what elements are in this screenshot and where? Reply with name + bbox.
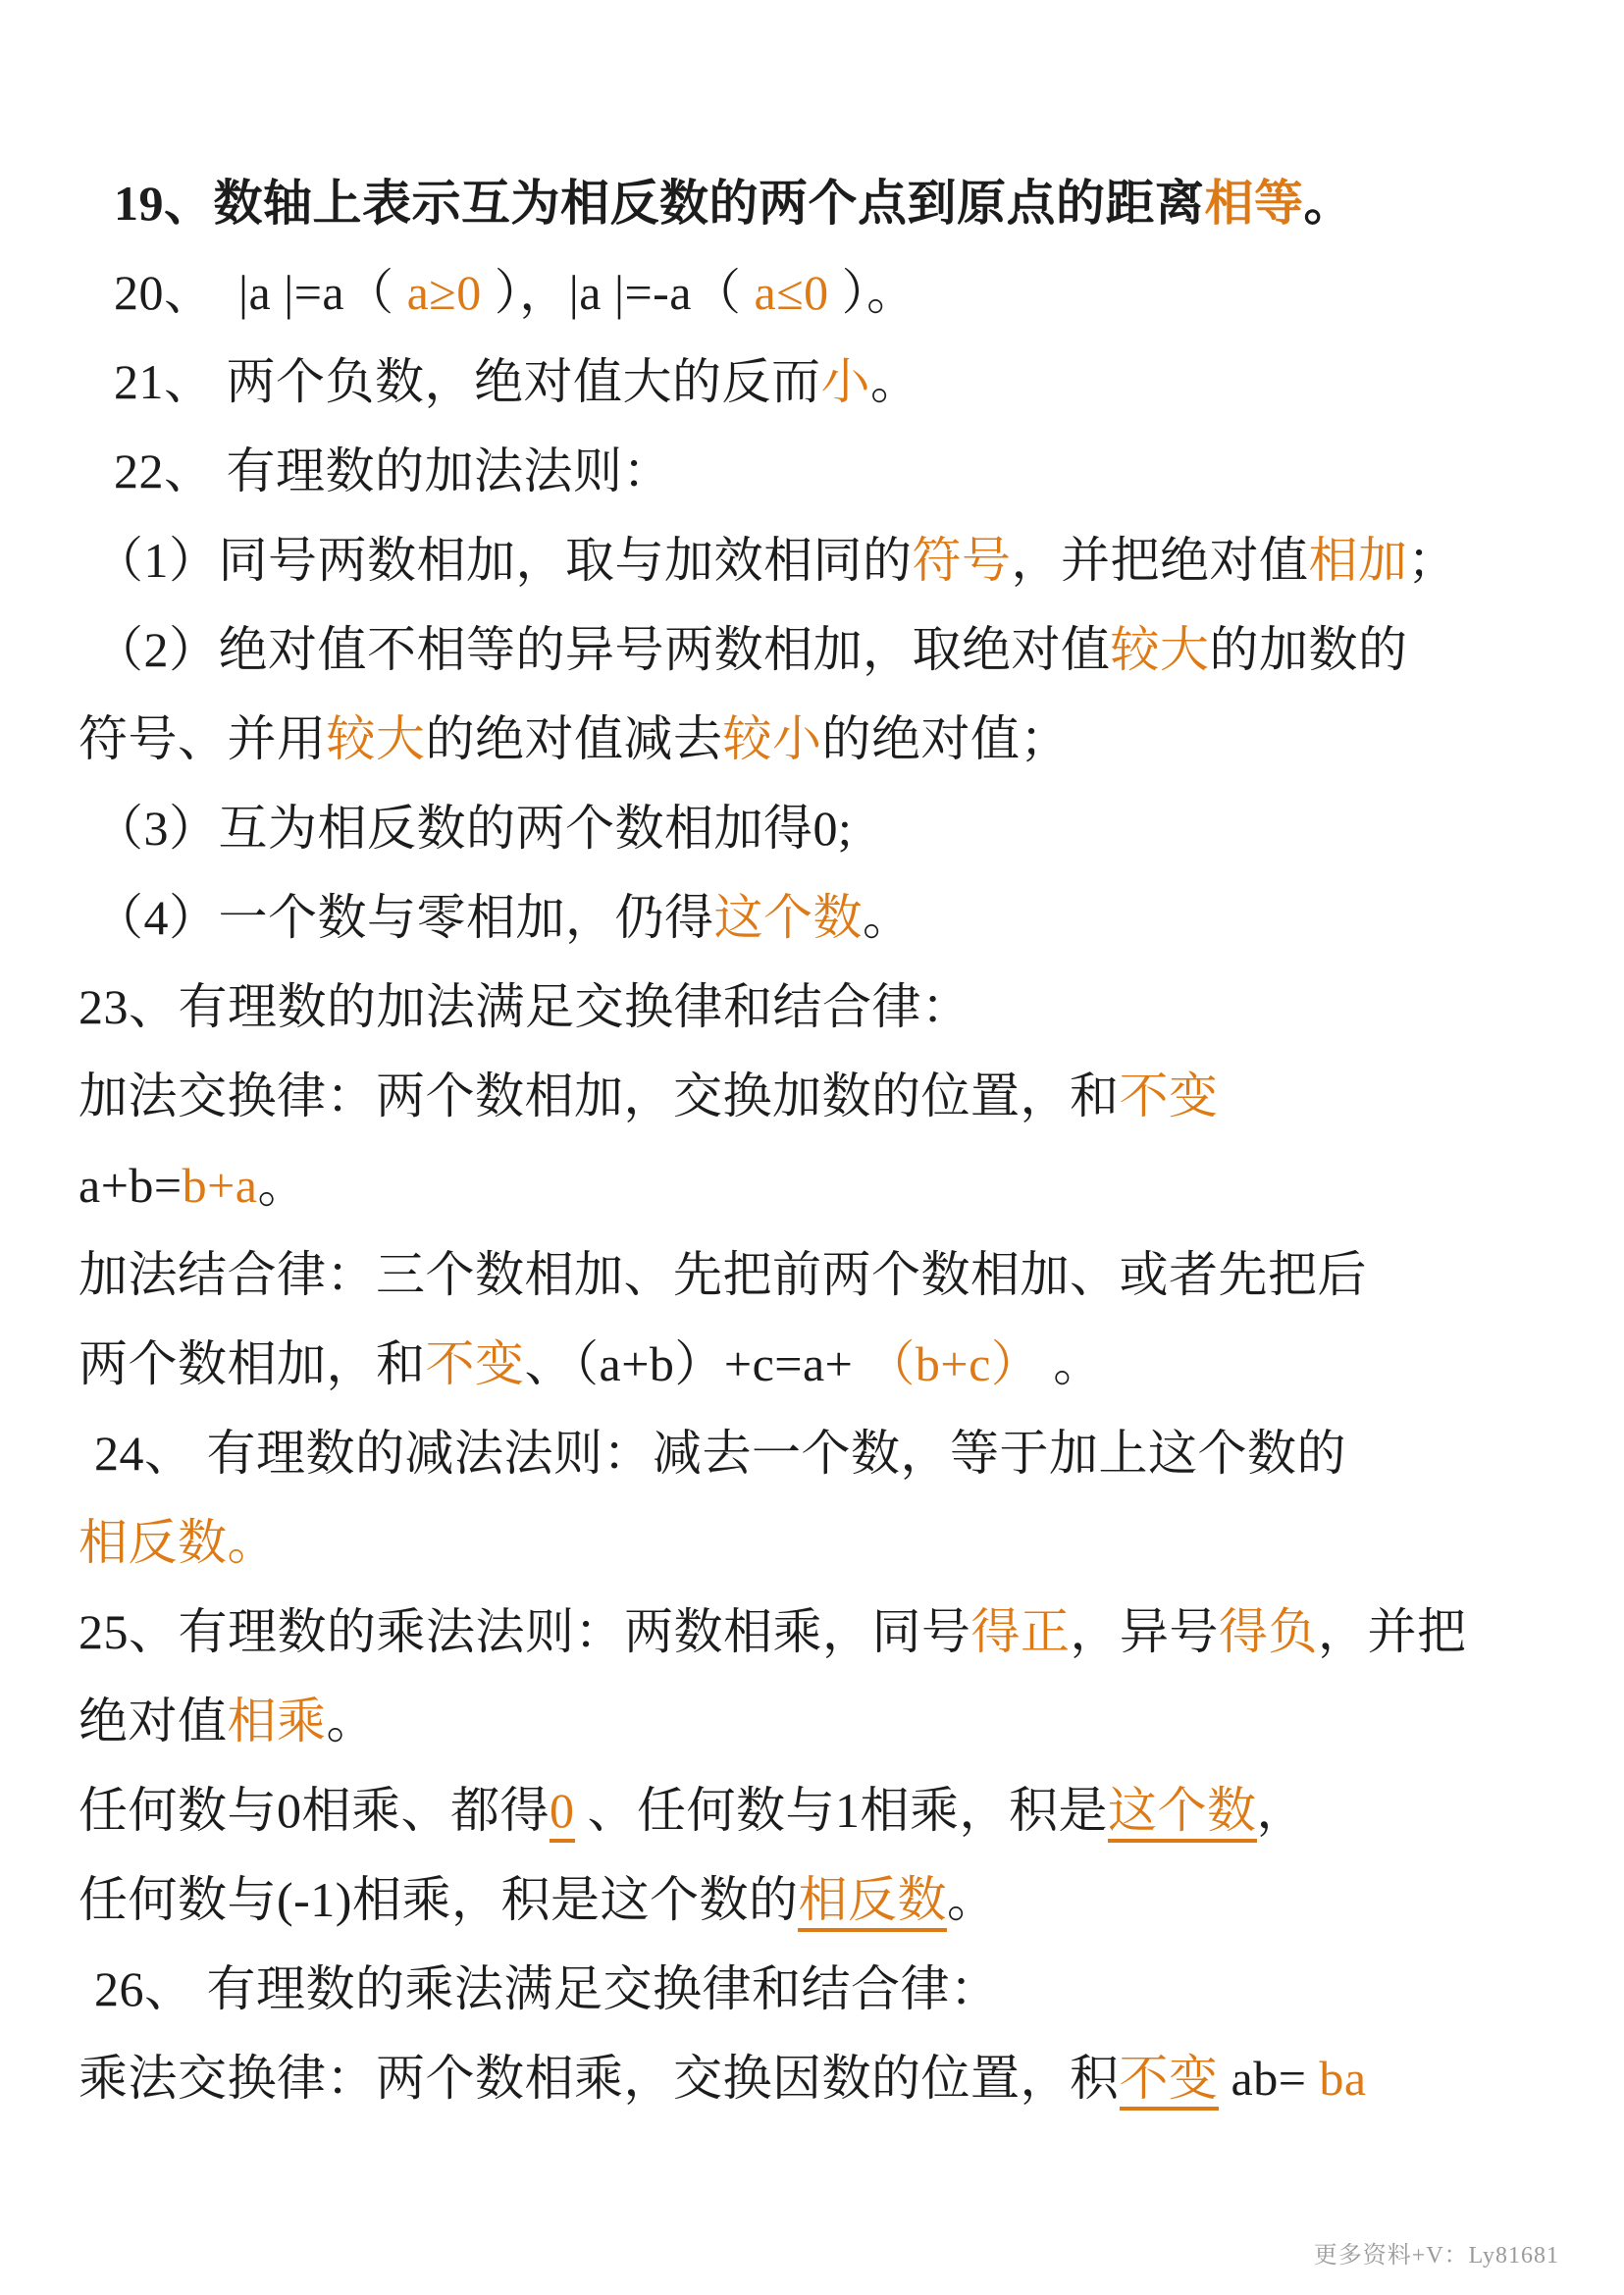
body-text: （4）一个数与零相加，仍得 <box>94 890 714 945</box>
body-text: a+b= <box>79 1158 183 1213</box>
text-line-12: a+b=b+a。 <box>79 1141 1559 1230</box>
body-text: 。 <box>863 890 913 945</box>
body-text: 。 <box>327 1694 377 1748</box>
text-line-22: 乘法交换律：两个数相乘，交换因数的位置，积不变 ab= ba <box>79 2034 1559 2123</box>
body-text: 25、有理数的乘法法则：两数相乘，同号 <box>79 1604 971 1659</box>
highlight-text: 小 <box>821 354 871 409</box>
text-line-6: （2）绝对值不相等的异号两数相加，取绝对值较大的加数的 <box>79 605 1559 695</box>
text-line-9: （4）一个数与零相加，仍得这个数。 <box>79 873 1559 963</box>
body-text: 的加数的 <box>1210 622 1408 677</box>
body-text: 绝对值 <box>79 1694 228 1748</box>
highlight-text: 不变 <box>1120 1069 1219 1123</box>
text-line-14: 两个数相加，和不变、（a+b）+c=a+ （b+c） 。 <box>79 1320 1559 1409</box>
text-line-7: 符号、并用较大的绝对值减去较小的绝对值； <box>79 695 1559 784</box>
body-text: 26、 有理数的乘法满足交换律和结合律： <box>94 1961 1000 2016</box>
highlight-text: （b+c） <box>865 1336 1040 1391</box>
body-text: ； <box>1408 533 1458 588</box>
highlight-text: 相加 <box>1309 533 1408 588</box>
body-text: （1）同号两数相加，取与加效相同的 <box>94 533 913 588</box>
text-line-8: （3）互为相反数的两个数相加得0; <box>79 784 1559 873</box>
body-text: 。 <box>1304 176 1354 231</box>
text-line-21: 26、 有理数的乘法满足交换律和结合律： <box>79 1945 1559 2034</box>
body-text: 的绝对值； <box>822 711 1071 766</box>
document-body: 19、数轴上表示互为相反数的两个点到原点的距离相等。20、 |a |=a（ a≥… <box>0 0 1624 2123</box>
text-line-20: 任何数与(-1)相乘，积是这个数的相反数。 <box>79 1855 1559 1945</box>
highlight-text: 得正 <box>971 1604 1071 1659</box>
body-text: ，异号 <box>1071 1604 1220 1659</box>
highlight-text: 相等 <box>1205 176 1304 231</box>
highlight-text: a≥0 <box>407 265 482 320</box>
highlight-text: 较小 <box>723 711 822 766</box>
highlight-text: 不变 <box>426 1336 525 1391</box>
body-text: ab= <box>1219 2051 1320 2106</box>
highlight-text: 符号 <box>913 533 1012 588</box>
highlight-text: 0 <box>550 1783 575 1843</box>
highlight-text: a≤0 <box>755 265 829 320</box>
highlight-text: 相反数 <box>798 1872 947 1932</box>
body-text: 。 <box>257 1158 307 1213</box>
text-line-2: 20、 |a |=a（ a≥0 ），|a |=-a（ a≤0 ）。 <box>79 248 1559 338</box>
body-text: 。 <box>1040 1336 1103 1391</box>
body-text: 加法结合律：三个数相加、先把前两个数相加、或者先把后 <box>79 1247 1367 1302</box>
body-text: 的绝对值减去 <box>426 711 723 766</box>
body-text: ， <box>1257 1783 1307 1838</box>
text-line-17: 25、有理数的乘法法则：两数相乘，同号得正，异号得负，并把 <box>79 1588 1559 1677</box>
watermark-text: 更多资料+V：Ly81681 <box>1314 2235 1559 2269</box>
text-line-19: 任何数与0相乘、都得0 、任何数与1相乘，积是这个数， <box>79 1766 1559 1855</box>
highlight-text: 得负 <box>1219 1604 1318 1659</box>
document-page: 19、数轴上表示互为相反数的两个点到原点的距离相等。20、 |a |=a（ a≥… <box>0 0 1624 2295</box>
text-line-5: （1）同号两数相加，取与加效相同的符号，并把绝对值相加； <box>79 516 1559 605</box>
highlight-text: 这个数 <box>1108 1783 1257 1843</box>
body-text: 两个数相加，和 <box>79 1336 426 1391</box>
highlight-text: 相反数。 <box>79 1515 277 1570</box>
body-text: ，并把 <box>1318 1604 1467 1659</box>
text-line-16: 相反数。 <box>79 1498 1559 1588</box>
body-text: 23、有理数的加法满足交换律和结合律： <box>79 979 971 1034</box>
body-text: 20、 |a |=a（ <box>114 265 407 320</box>
body-text: 、（a+b）+c=a+ <box>525 1336 866 1391</box>
body-text: ，并把绝对值 <box>1012 533 1309 588</box>
body-text: 24、 有理数的减法法则：减去一个数，等于加上这个数的 <box>94 1426 1346 1481</box>
highlight-text: b+a <box>183 1158 258 1213</box>
body-text: 22、 有理数的加法法则： <box>114 443 672 498</box>
body-text: （2）绝对值不相等的异号两数相加，取绝对值 <box>94 622 1111 677</box>
text-line-18: 绝对值相乘。 <box>79 1677 1559 1766</box>
highlight-text: 较大 <box>1111 622 1210 677</box>
body-text: ），|a |=-a（ <box>482 265 755 320</box>
text-line-15: 24、 有理数的减法法则：减去一个数，等于加上这个数的 <box>79 1409 1559 1498</box>
text-line-4: 22、 有理数的加法法则： <box>79 427 1559 516</box>
text-line-10: 23、有理数的加法满足交换律和结合律： <box>79 963 1559 1052</box>
body-text: 任何数与(-1)相乘，积是这个数的 <box>79 1872 798 1927</box>
text-line-3: 21、 两个负数，绝对值大的反而小。 <box>79 338 1559 427</box>
body-text: 。 <box>947 1872 997 1927</box>
body-text: 。 <box>870 354 920 409</box>
body-text: 任何数与0相乘、都得 <box>79 1783 550 1838</box>
body-text: 符号、并用 <box>79 711 327 766</box>
highlight-text: 不变 <box>1120 2051 1219 2111</box>
body-text: 乘法交换律：两个数相乘，交换因数的位置，积 <box>79 2051 1120 2106</box>
body-text: 21、 两个负数，绝对值大的反而 <box>114 354 821 409</box>
body-text: （3）互为相反数的两个数相加得0; <box>94 801 852 856</box>
highlight-text: 相乘 <box>228 1694 327 1748</box>
text-line-11: 加法交换律：两个数相加，交换加数的位置，和不变 <box>79 1052 1559 1141</box>
highlight-text: ba <box>1319 2051 1366 2106</box>
body-text: 加法交换律：两个数相加，交换加数的位置，和 <box>79 1069 1120 1123</box>
body-text: ）。 <box>829 265 917 320</box>
body-text: 、任何数与1相乘，积是 <box>575 1783 1109 1838</box>
text-line-1: 19、数轴上表示互为相反数的两个点到原点的距离相等。 <box>79 159 1559 248</box>
highlight-text: 较大 <box>327 711 426 766</box>
text-line-13: 加法结合律：三个数相加、先把前两个数相加、或者先把后 <box>79 1230 1559 1320</box>
highlight-text: 这个数 <box>714 890 864 945</box>
body-text: 19、数轴上表示互为相反数的两个点到原点的距离 <box>114 176 1205 231</box>
